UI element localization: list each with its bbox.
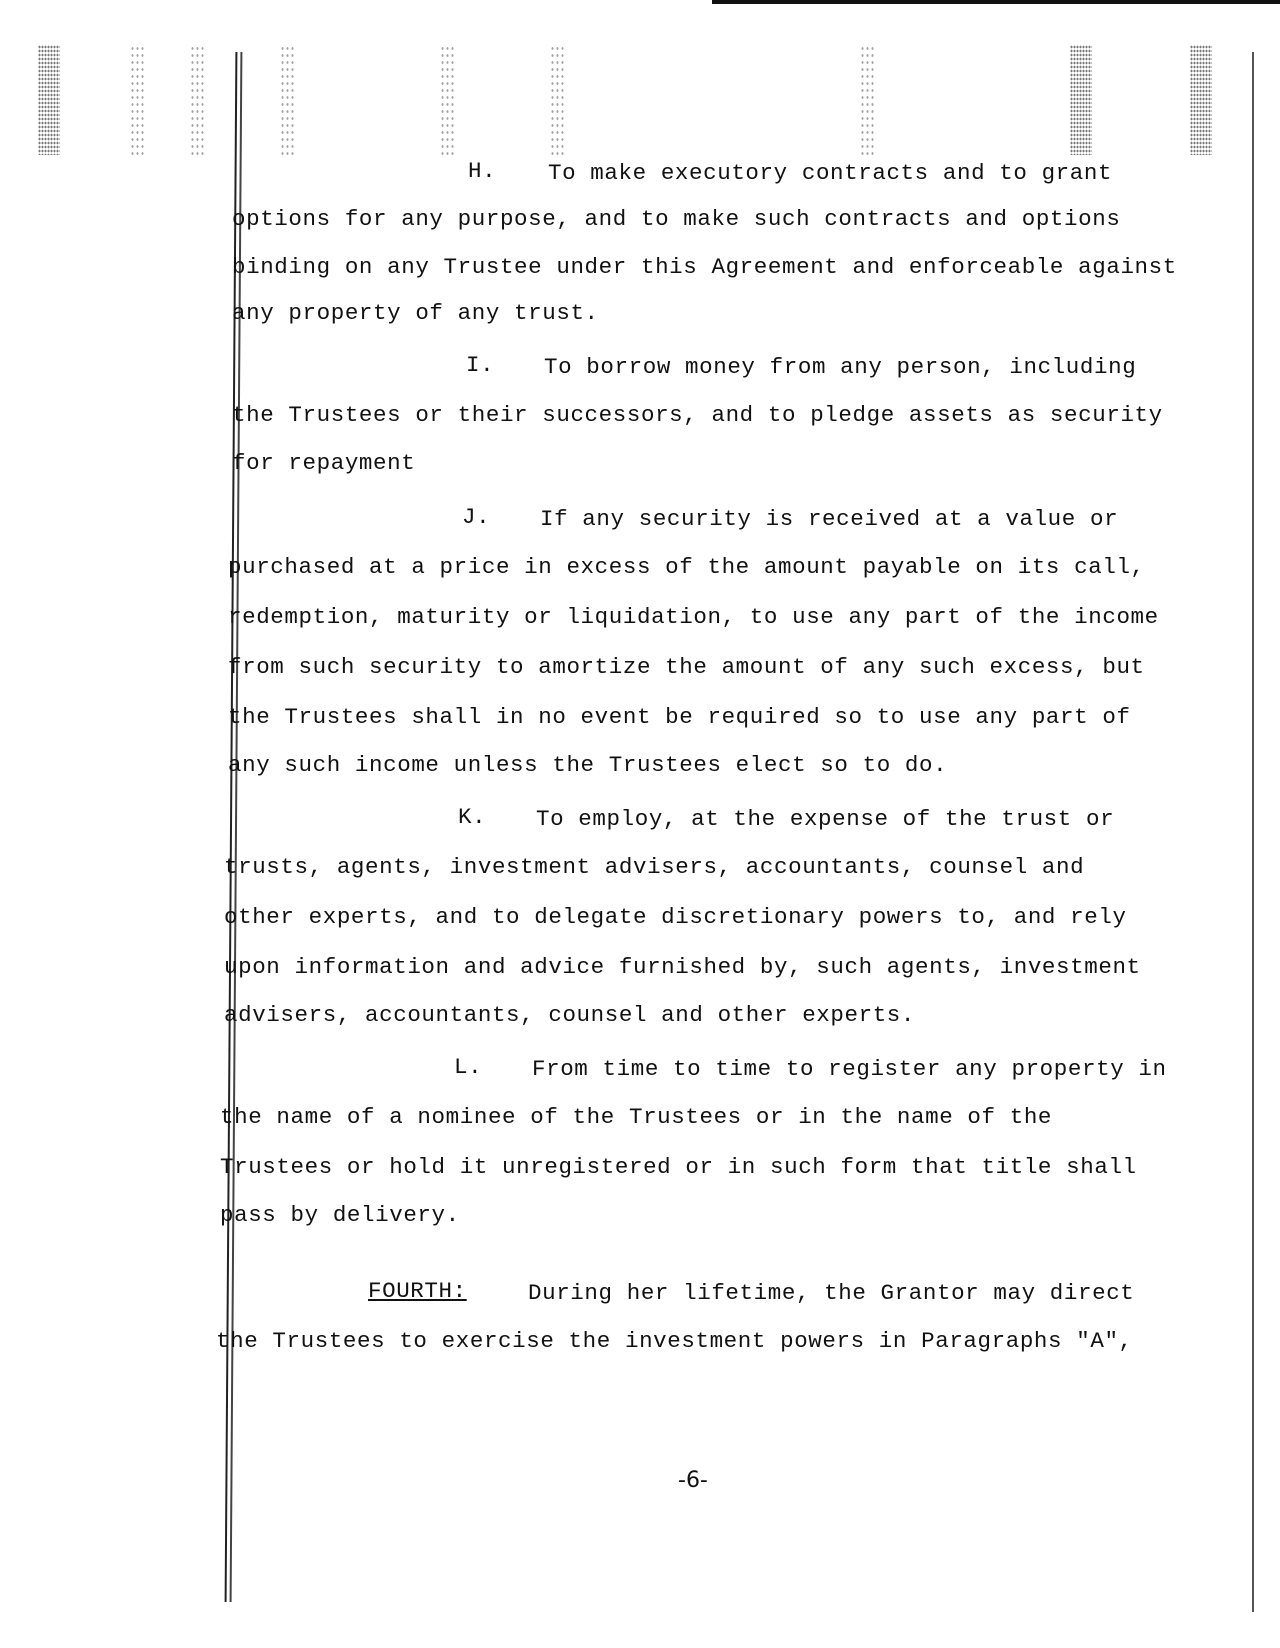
paragraph-i-line: the Trustees or their successors, and to… <box>232 404 1163 427</box>
paragraph-j-line: redemption, maturity or liquidation, to … <box>228 606 1159 629</box>
page-number: -6- <box>678 1468 708 1493</box>
paragraph-j-line: any such income unless the Trustees elec… <box>228 754 947 777</box>
paragraph-h-line: To make executory contracts and to grant <box>548 162 1112 185</box>
paragraph-label-h: H. <box>468 160 496 183</box>
scan-noise <box>1190 45 1212 155</box>
right-margin-rule <box>1252 52 1254 1612</box>
paragraph-k-line: trusts, agents, investment advisers, acc… <box>224 856 1084 879</box>
paragraph-i-line: To borrow money from any person, includi… <box>544 356 1136 379</box>
paragraph-j-line: the Trustees shall in no event be requir… <box>228 706 1131 729</box>
paragraph-k-line: To employ, at the expense of the trust o… <box>536 808 1114 831</box>
paragraph-label-l: L. <box>454 1056 482 1079</box>
scan-noise <box>280 45 294 155</box>
document-page: H. To make executory contracts and to gr… <box>0 0 1280 1648</box>
scan-noise <box>1070 45 1092 155</box>
scan-noise <box>190 45 204 155</box>
paragraph-l-line: the name of a nominee of the Trustees or… <box>220 1106 1052 1129</box>
article-heading-fourth: FOURTH: <box>368 1280 467 1303</box>
article-fourth-line: During her lifetime, the Grantor may dir… <box>528 1282 1134 1305</box>
paragraph-h-line: options for any purpose, and to make suc… <box>232 208 1120 231</box>
paragraph-h-line: binding on any Trustee under this Agreem… <box>232 256 1177 279</box>
scan-noise <box>860 45 874 155</box>
paragraph-j-line: If any security is received at a value o… <box>540 508 1118 531</box>
paragraph-i-line: for repayment <box>232 452 415 475</box>
paragraph-h-line: any property of any trust. <box>232 302 599 325</box>
paragraph-l-line: pass by delivery. <box>220 1204 460 1227</box>
scan-noise <box>440 45 454 155</box>
paragraph-label-i: I. <box>466 354 494 377</box>
scan-noise <box>38 45 60 155</box>
paragraph-j-line: from such security to amortize the amoun… <box>228 656 1145 679</box>
paragraph-j-line: purchased at a price in excess of the am… <box>228 556 1145 579</box>
paragraph-k-line: upon information and advice furnished by… <box>224 956 1141 979</box>
article-fourth-line: the Trustees to exercise the investment … <box>216 1330 1133 1353</box>
scan-noise <box>130 45 144 155</box>
paragraph-k-line: other experts, and to delegate discretio… <box>224 906 1127 929</box>
scan-edge-bar <box>712 0 1280 4</box>
scan-noise <box>550 45 564 155</box>
paragraph-l-line: From time to time to register any proper… <box>532 1058 1167 1081</box>
paragraph-l-line: Trustees or hold it unregistered or in s… <box>220 1156 1137 1179</box>
paragraph-label-j: J. <box>462 506 490 529</box>
paragraph-label-k: K. <box>458 806 486 829</box>
paragraph-k-line: advisers, accountants, counsel and other… <box>224 1004 915 1027</box>
